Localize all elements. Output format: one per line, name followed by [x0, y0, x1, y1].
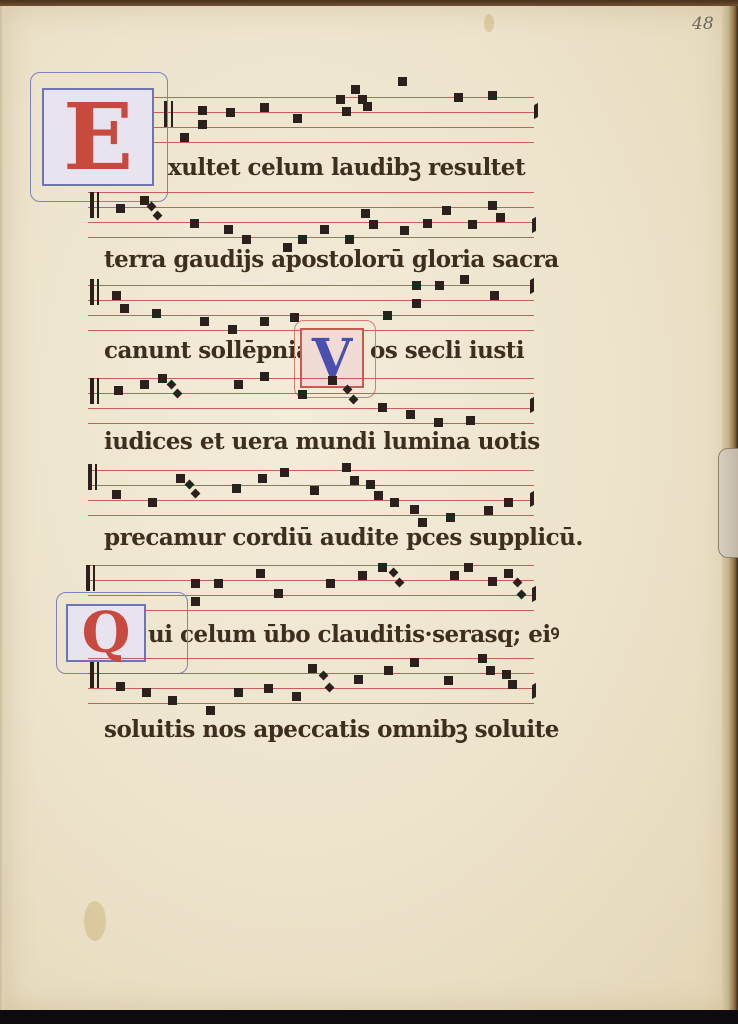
c-clef-icon	[90, 662, 99, 688]
lyric-line: os secli iusti	[370, 337, 524, 364]
lyric-line: precamur cordiū audite pces supplicū.	[104, 524, 583, 551]
lyric-line: canunt sollēpnia.	[104, 337, 318, 364]
lyric-line: terra gaudijs apostolorū gloria sacra	[104, 246, 559, 273]
folio-number: 48	[692, 14, 714, 34]
c-clef-icon	[88, 464, 97, 490]
lyric-line: iudices et uera mundi lumina uotis	[104, 428, 540, 455]
illuminated-initial-e: E	[42, 88, 154, 186]
stain	[484, 14, 494, 32]
clasp-tab	[718, 448, 738, 558]
music-staff	[88, 470, 534, 530]
stain	[84, 901, 106, 941]
c-clef-icon	[86, 565, 95, 591]
lyric-line: soluitis nos apeccatis omnibꝫ soluite	[104, 712, 559, 744]
c-clef-icon	[90, 279, 99, 305]
c-clef-icon	[90, 378, 99, 404]
music-staff	[88, 192, 534, 252]
illuminated-initial-q: Q	[66, 604, 146, 662]
binding-bottom-edge	[0, 1010, 738, 1024]
lyric-line: ui celum ūbo clauditis·serasq; eiꝰ	[148, 617, 559, 649]
c-clef-icon	[90, 192, 99, 218]
lyric-line: xultet celum laudibꝫ resultet	[168, 150, 525, 182]
music-staff	[88, 658, 534, 718]
